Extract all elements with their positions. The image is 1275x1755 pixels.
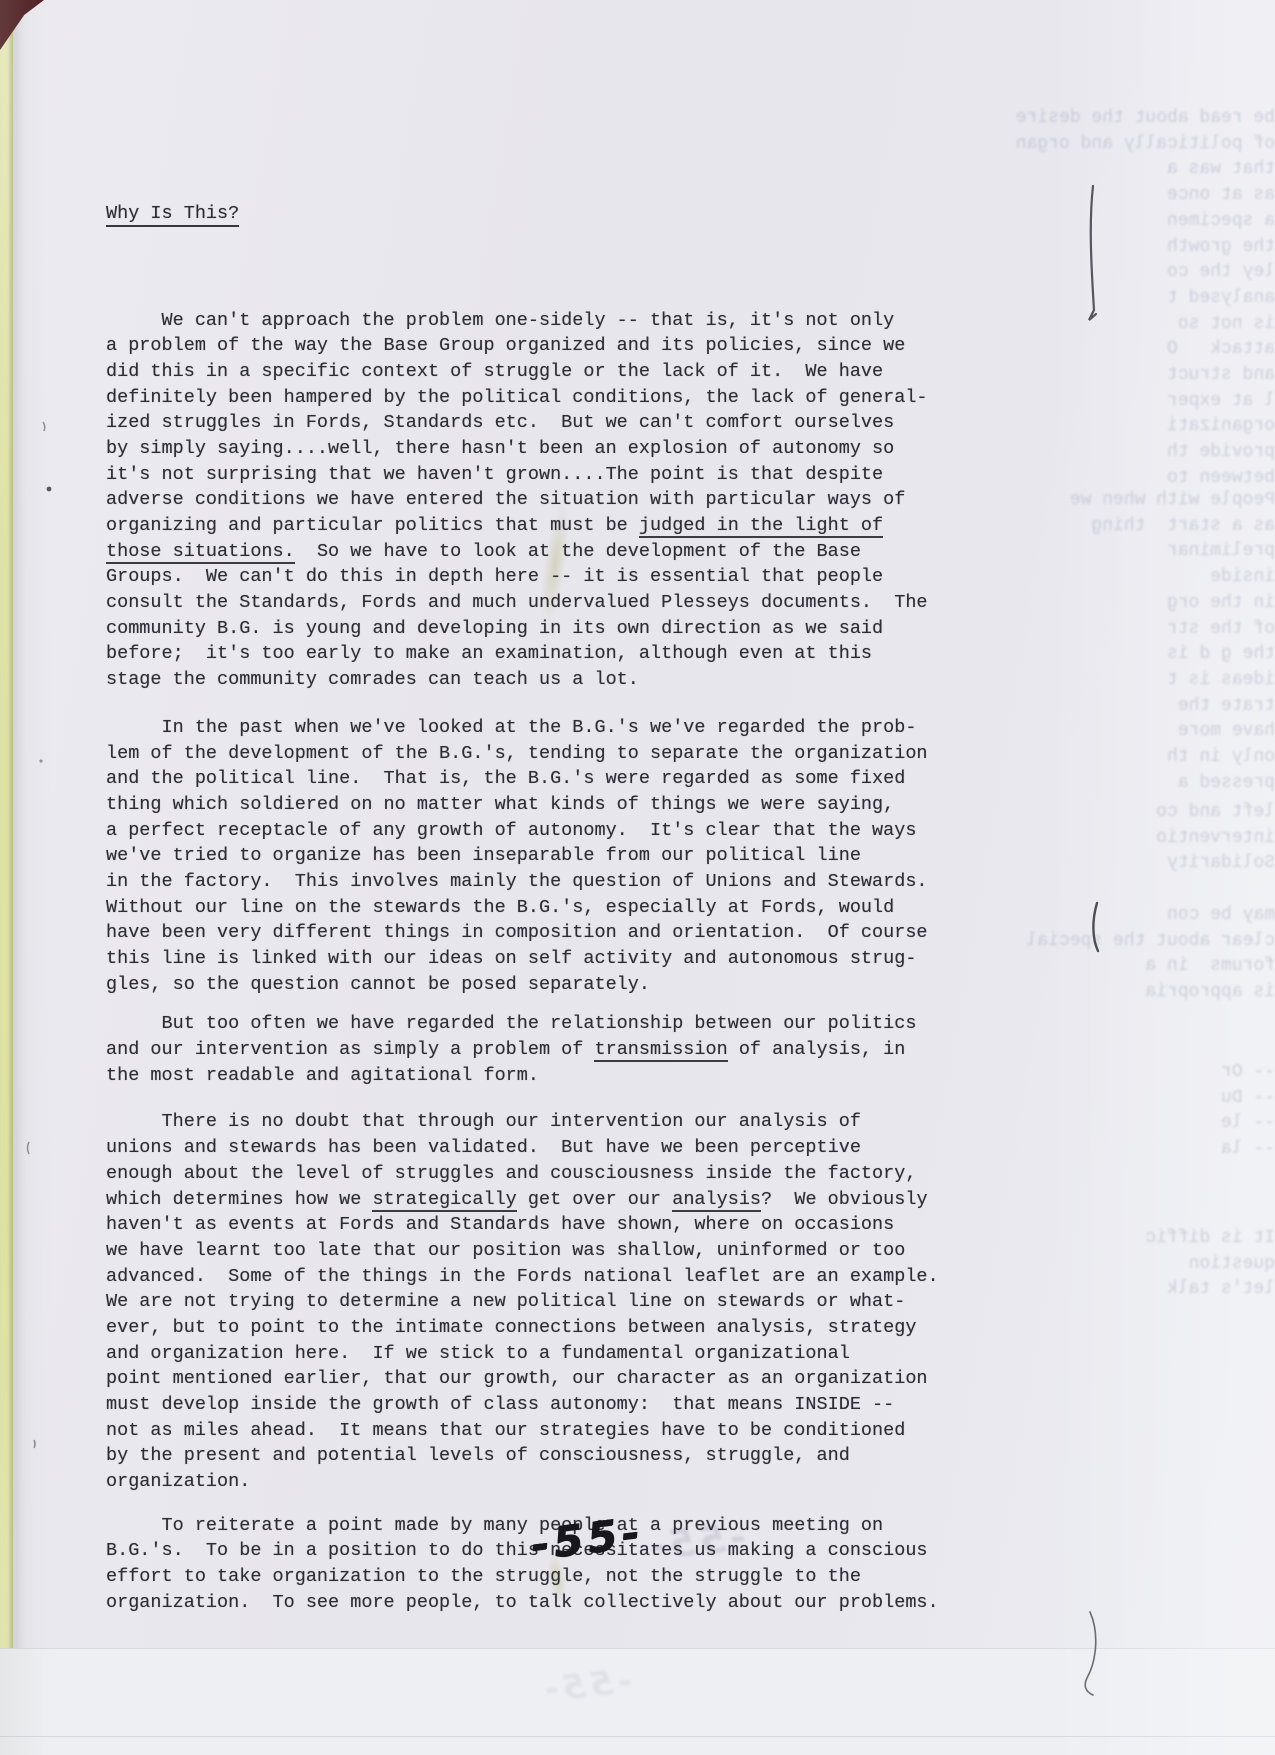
text-line: and our intervention as simply a problem… [106, 1037, 939, 1063]
text-line: must develop inside the growth of class … [106, 1392, 939, 1418]
text-line: B.G.'s. To be in a position to do this n… [106, 1538, 939, 1564]
text-line: There is no doubt that through our inter… [106, 1109, 939, 1135]
text-line: it's not surprising that we haven't grow… [106, 462, 939, 488]
text-segment: We can't approach the problem one-sidely… [106, 310, 894, 331]
text-line: Groups. We can't do this in depth here -… [106, 564, 939, 590]
text-line: To reiterate a point made by many people… [106, 1513, 939, 1539]
underlined-text: judged in the light of [639, 515, 883, 538]
underlined-text: strategically [372, 1189, 516, 1212]
text-segment: and our intervention as simply a problem… [106, 1039, 594, 1060]
text-segment: which determines how we [106, 1189, 372, 1210]
text-segment: Without our line on the stewards the B.G… [106, 897, 894, 918]
text-line: we've tried to organize has been insepar… [106, 843, 939, 869]
text-line: in the factory. This involves mainly the… [106, 869, 939, 895]
text-line: gles, so the question cannot be posed se… [106, 972, 939, 998]
document-body: Why Is This? We can't approach the probl… [106, 150, 939, 1667]
text-segment: must develop inside the growth of class … [106, 1394, 894, 1415]
text-segment: unions and stewards has been validated. … [106, 1137, 861, 1158]
ink-speck [43, 422, 45, 431]
text-line: adverse conditions we have entered the s… [106, 487, 939, 513]
text-line: which determines how we strategically ge… [106, 1187, 939, 1213]
text-line: haven't as events at Fords and Standards… [106, 1212, 939, 1238]
ink-speck [39, 759, 42, 762]
text-segment: not as miles ahead. It means that our st… [106, 1420, 905, 1441]
text-line: In the past when we've looked at the B.G… [106, 715, 939, 741]
text-segment: a problem of the way the Base Group orga… [106, 335, 905, 356]
text-line: a problem of the way the Base Group orga… [106, 333, 939, 359]
text-segment: this line is linked with our ideas on se… [106, 948, 916, 969]
text-segment: and organization here. If we stick to a … [106, 1343, 850, 1364]
text-segment: To reiterate a point made by many people… [106, 1515, 883, 1536]
text-segment: lem of the development of the B.G.'s, te… [106, 743, 928, 764]
text-segment: definitely been hampered by the politica… [106, 387, 928, 408]
text-line: before; it's too early to make an examin… [106, 641, 939, 667]
text-line: point mentioned earlier, that our growth… [106, 1366, 939, 1392]
text-line: ized struggles in Fords, Standards etc. … [106, 410, 939, 436]
text-line: those situations. So we have to look at … [106, 539, 939, 565]
paragraph: To reiterate a point made by many people… [106, 1513, 939, 1616]
text-line: community B.G. is young and developing i… [106, 616, 939, 642]
text-segment: adverse conditions we have entered the s… [106, 489, 905, 510]
text-line: Without our line on the stewards the B.G… [106, 895, 939, 921]
bleedthrough-text: be read about the desire of politically … [930, 106, 1275, 492]
text-segment: did this in a specific context of strugg… [106, 361, 883, 382]
text-segment: in the factory. This involves mainly the… [106, 871, 928, 892]
paper-edge-strip [0, 0, 13, 1755]
text-line: a perfect receptacle of any growth of au… [106, 818, 939, 844]
text-segment: and the political line. That is, the B.G… [106, 768, 905, 789]
text-segment: In the past when we've looked at the B.G… [106, 717, 916, 738]
bleedthrough-text: -- Or -- Du -- le -- la [1035, 1060, 1275, 1163]
text-segment: we've tried to organize has been insepar… [106, 845, 861, 866]
text-segment: ? We obviously [761, 1189, 928, 1210]
text-segment: thing which soldiered on no matter what … [106, 794, 894, 815]
text-line: organization. To see more people, to tal… [106, 1590, 939, 1616]
underlined-text: transmission [594, 1039, 727, 1062]
text-line: did this in a specific context of strugg… [106, 359, 939, 385]
text-segment: get over our [517, 1189, 672, 1210]
text-line: unions and stewards has been validated. … [106, 1135, 939, 1161]
text-line: lem of the development of the B.G.'s, te… [106, 741, 939, 767]
paragraph: But too often we have regarded the relat… [106, 1011, 939, 1088]
text-segment: But too often we have regarded the relat… [106, 1013, 916, 1034]
underlined-text: those situations. [106, 541, 295, 564]
text-line: thing which soldiered on no matter what … [106, 792, 939, 818]
text-line: and the political line. That is, the B.G… [106, 766, 939, 792]
text-segment: organization. To see more people, to tal… [106, 1592, 939, 1613]
text-segment: Groups. We can't do this in depth here -… [106, 566, 883, 587]
text-line: by simply saying....well, there hasn't b… [106, 436, 939, 462]
text-segment: community B.G. is young and developing i… [106, 618, 883, 639]
text-segment: haven't as events at Fords and Standards… [106, 1214, 894, 1235]
text-line: We are not trying to determine a new pol… [106, 1289, 939, 1315]
text-segment: we have learnt too late that our positio… [106, 1240, 905, 1261]
bleedthrough-text: left and co interventio Solidarity may b… [1010, 800, 1275, 1006]
text-line: We can't approach the problem one-sidely… [106, 308, 939, 334]
text-segment: it's not surprising that we haven't grow… [106, 464, 883, 485]
text-line: advanced. Some of the things in the Ford… [106, 1264, 939, 1290]
ink-speck [47, 487, 52, 492]
text-segment: of analysis, in [728, 1039, 906, 1060]
text-line: have been very different things in compo… [106, 920, 939, 946]
text-line: by the present and potential levels of c… [106, 1443, 939, 1469]
text-segment: stage the community comrades can teach u… [106, 669, 639, 690]
text-segment: organization. [106, 1471, 250, 1492]
text-segment: enough about the level of struggles and … [106, 1163, 916, 1184]
bleedthrough-text: It is diffic question let's talk [1035, 1226, 1275, 1303]
bleedthrough-text: People with when we as a start thing pre… [1000, 488, 1275, 796]
text-line: and organization here. If we stick to a … [106, 1341, 939, 1367]
text-line: we have learnt too late that our positio… [106, 1238, 939, 1264]
text-segment: We are not trying to determine a new pol… [106, 1291, 905, 1312]
text-segment: have been very different things in compo… [106, 922, 928, 943]
text-line: effort to take organization to the strug… [106, 1564, 939, 1590]
underlined-text: analysis [672, 1189, 761, 1212]
text-segment: the most readable and agitational form. [106, 1065, 539, 1086]
page-title: Why Is This? [106, 201, 939, 227]
text-line: definitely been hampered by the politica… [106, 385, 939, 411]
text-segment: a perfect receptacle of any growth of au… [106, 820, 916, 841]
text-line: this line is linked with our ideas on se… [106, 946, 939, 972]
text-segment: ized struggles in Fords, Standards etc. … [106, 412, 894, 433]
text-segment: So we have to look at the development of… [295, 541, 861, 562]
text-line: But too often we have regarded the relat… [106, 1011, 939, 1037]
paragraph: There is no doubt that through our inter… [106, 1109, 939, 1494]
text-segment: There is no doubt that through our inter… [106, 1111, 861, 1132]
scanned-page: be read about the desire of politically … [0, 0, 1275, 1755]
text-line: ever, but to point to the intimate conne… [106, 1315, 939, 1341]
text-segment: before; it's too early to make an examin… [106, 643, 872, 664]
text-line: stage the community comrades can teach u… [106, 667, 939, 693]
paragraphs-container: We can't approach the problem one-sidely… [106, 308, 939, 1616]
text-segment: consult the Standards, Fords and much un… [106, 592, 928, 613]
text-segment: advanced. Some of the things in the Ford… [106, 1266, 939, 1287]
text-segment: by the present and potential levels of c… [106, 1445, 850, 1466]
text-segment: gles, so the question cannot be posed se… [106, 974, 650, 995]
text-line: the most readable and agitational form. [106, 1063, 939, 1089]
text-line: consult the Standards, Fords and much un… [106, 590, 939, 616]
text-line: organizing and particular politics that … [106, 513, 939, 539]
text-segment: ever, but to point to the intimate conne… [106, 1317, 916, 1338]
text-line: enough about the level of struggles and … [106, 1161, 939, 1187]
text-line: not as miles ahead. It means that our st… [106, 1418, 939, 1444]
text-segment: effort to take organization to the strug… [106, 1566, 861, 1587]
paragraph: We can't approach the problem one-sidely… [106, 308, 939, 693]
ink-speck [28, 1142, 30, 1154]
ink-speck [34, 1440, 35, 1448]
text-segment: B.G.'s. To be in a position to do this n… [106, 1540, 928, 1561]
paragraph: In the past when we've looked at the B.G… [106, 715, 939, 998]
text-segment: by simply saying....well, there hasn't b… [106, 438, 894, 459]
text-segment: organizing and particular politics that … [106, 515, 639, 536]
text-segment: point mentioned earlier, that our growth… [106, 1368, 928, 1389]
text-line: organization. [106, 1469, 939, 1495]
